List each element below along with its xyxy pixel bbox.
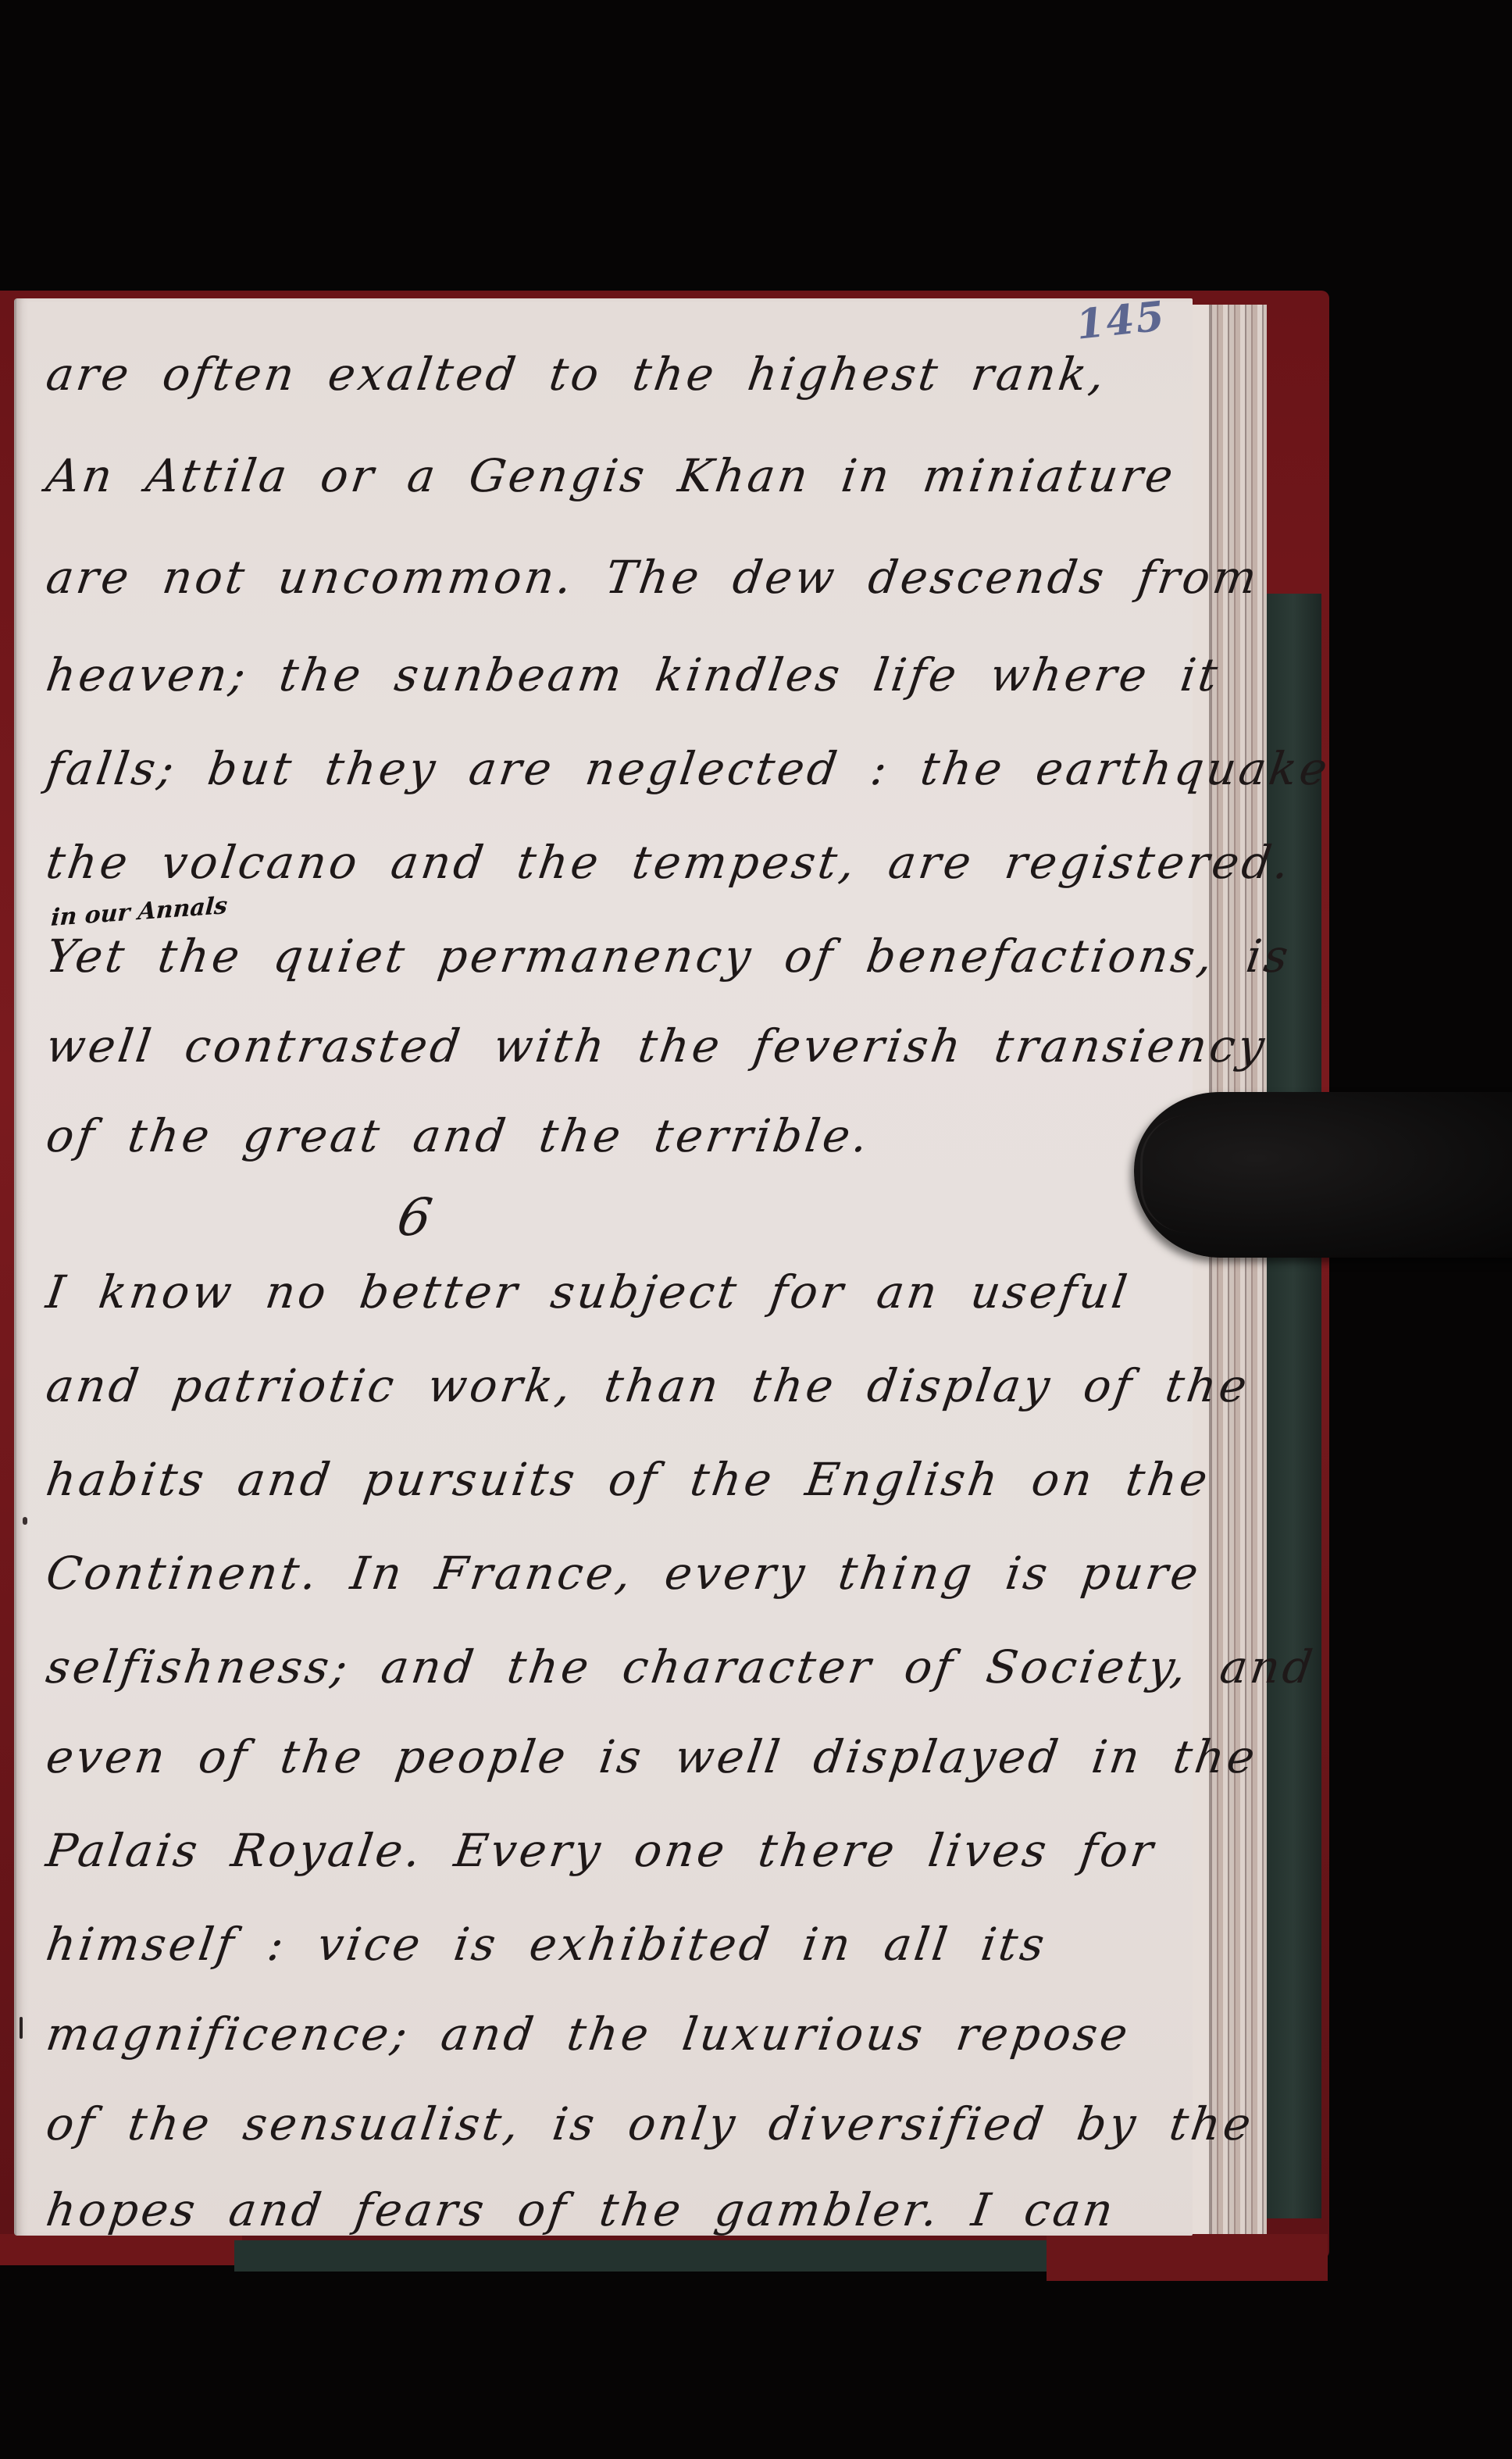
text-line: well contrasted with the feverish transi… bbox=[43, 1019, 1271, 1072]
text-line: Palais Royale. Every one there lives for bbox=[43, 1824, 1159, 1877]
book-cover-bottom-green bbox=[234, 2240, 1054, 2272]
text-line: even of the people is well displayed in … bbox=[43, 1730, 1261, 1783]
text-line: I know no better subject for an useful bbox=[43, 1265, 1133, 1319]
text-line: and patriotic work, than the display of … bbox=[43, 1359, 1253, 1412]
text-line: of the great and the terrible. bbox=[43, 1109, 874, 1162]
gutter-ink-mark bbox=[20, 2017, 23, 2039]
text-line: himself : vice is exhibited in all its bbox=[43, 1918, 1050, 1971]
text-line: An Attila or a Gengis Khan in miniature bbox=[43, 449, 1179, 502]
gloved-finger-holding-page bbox=[1134, 1092, 1512, 1258]
text-line: the volcano and the tempest, are registe… bbox=[43, 836, 1296, 889]
text-line: habits and pursuits of the English on th… bbox=[43, 1453, 1214, 1506]
text-line: selfishness; and the character of Societ… bbox=[43, 1640, 1319, 1693]
text-line: falls; but they are neglected : the eart… bbox=[43, 742, 1334, 795]
book-cover-bottom-left bbox=[0, 2234, 242, 2265]
folio-number: 145 bbox=[1074, 292, 1168, 349]
text-line: of the sensualist, is only diversified b… bbox=[43, 2097, 1257, 2150]
text-line: Yet the quiet permanency of benefactions… bbox=[43, 930, 1294, 983]
text-line: magnificence; and the luxurious repose bbox=[43, 2008, 1134, 2061]
text-line: are often exalted to the highest rank, bbox=[43, 348, 1111, 401]
gutter-ink-spot bbox=[23, 1517, 27, 1525]
text-line: Continent. In France, every thing is pur… bbox=[43, 1547, 1204, 1600]
text-line: heaven; the sunbeam kindles life where i… bbox=[43, 648, 1224, 701]
text-line: hopes and fears of the gambler. I can bbox=[43, 2183, 1119, 2236]
text-line: are not uncommon. The dew descends from bbox=[43, 551, 1263, 604]
book-cover-bottom-right bbox=[1047, 2234, 1328, 2281]
photo-scene: 145 are often exalted to the highest ran… bbox=[0, 0, 1512, 2459]
